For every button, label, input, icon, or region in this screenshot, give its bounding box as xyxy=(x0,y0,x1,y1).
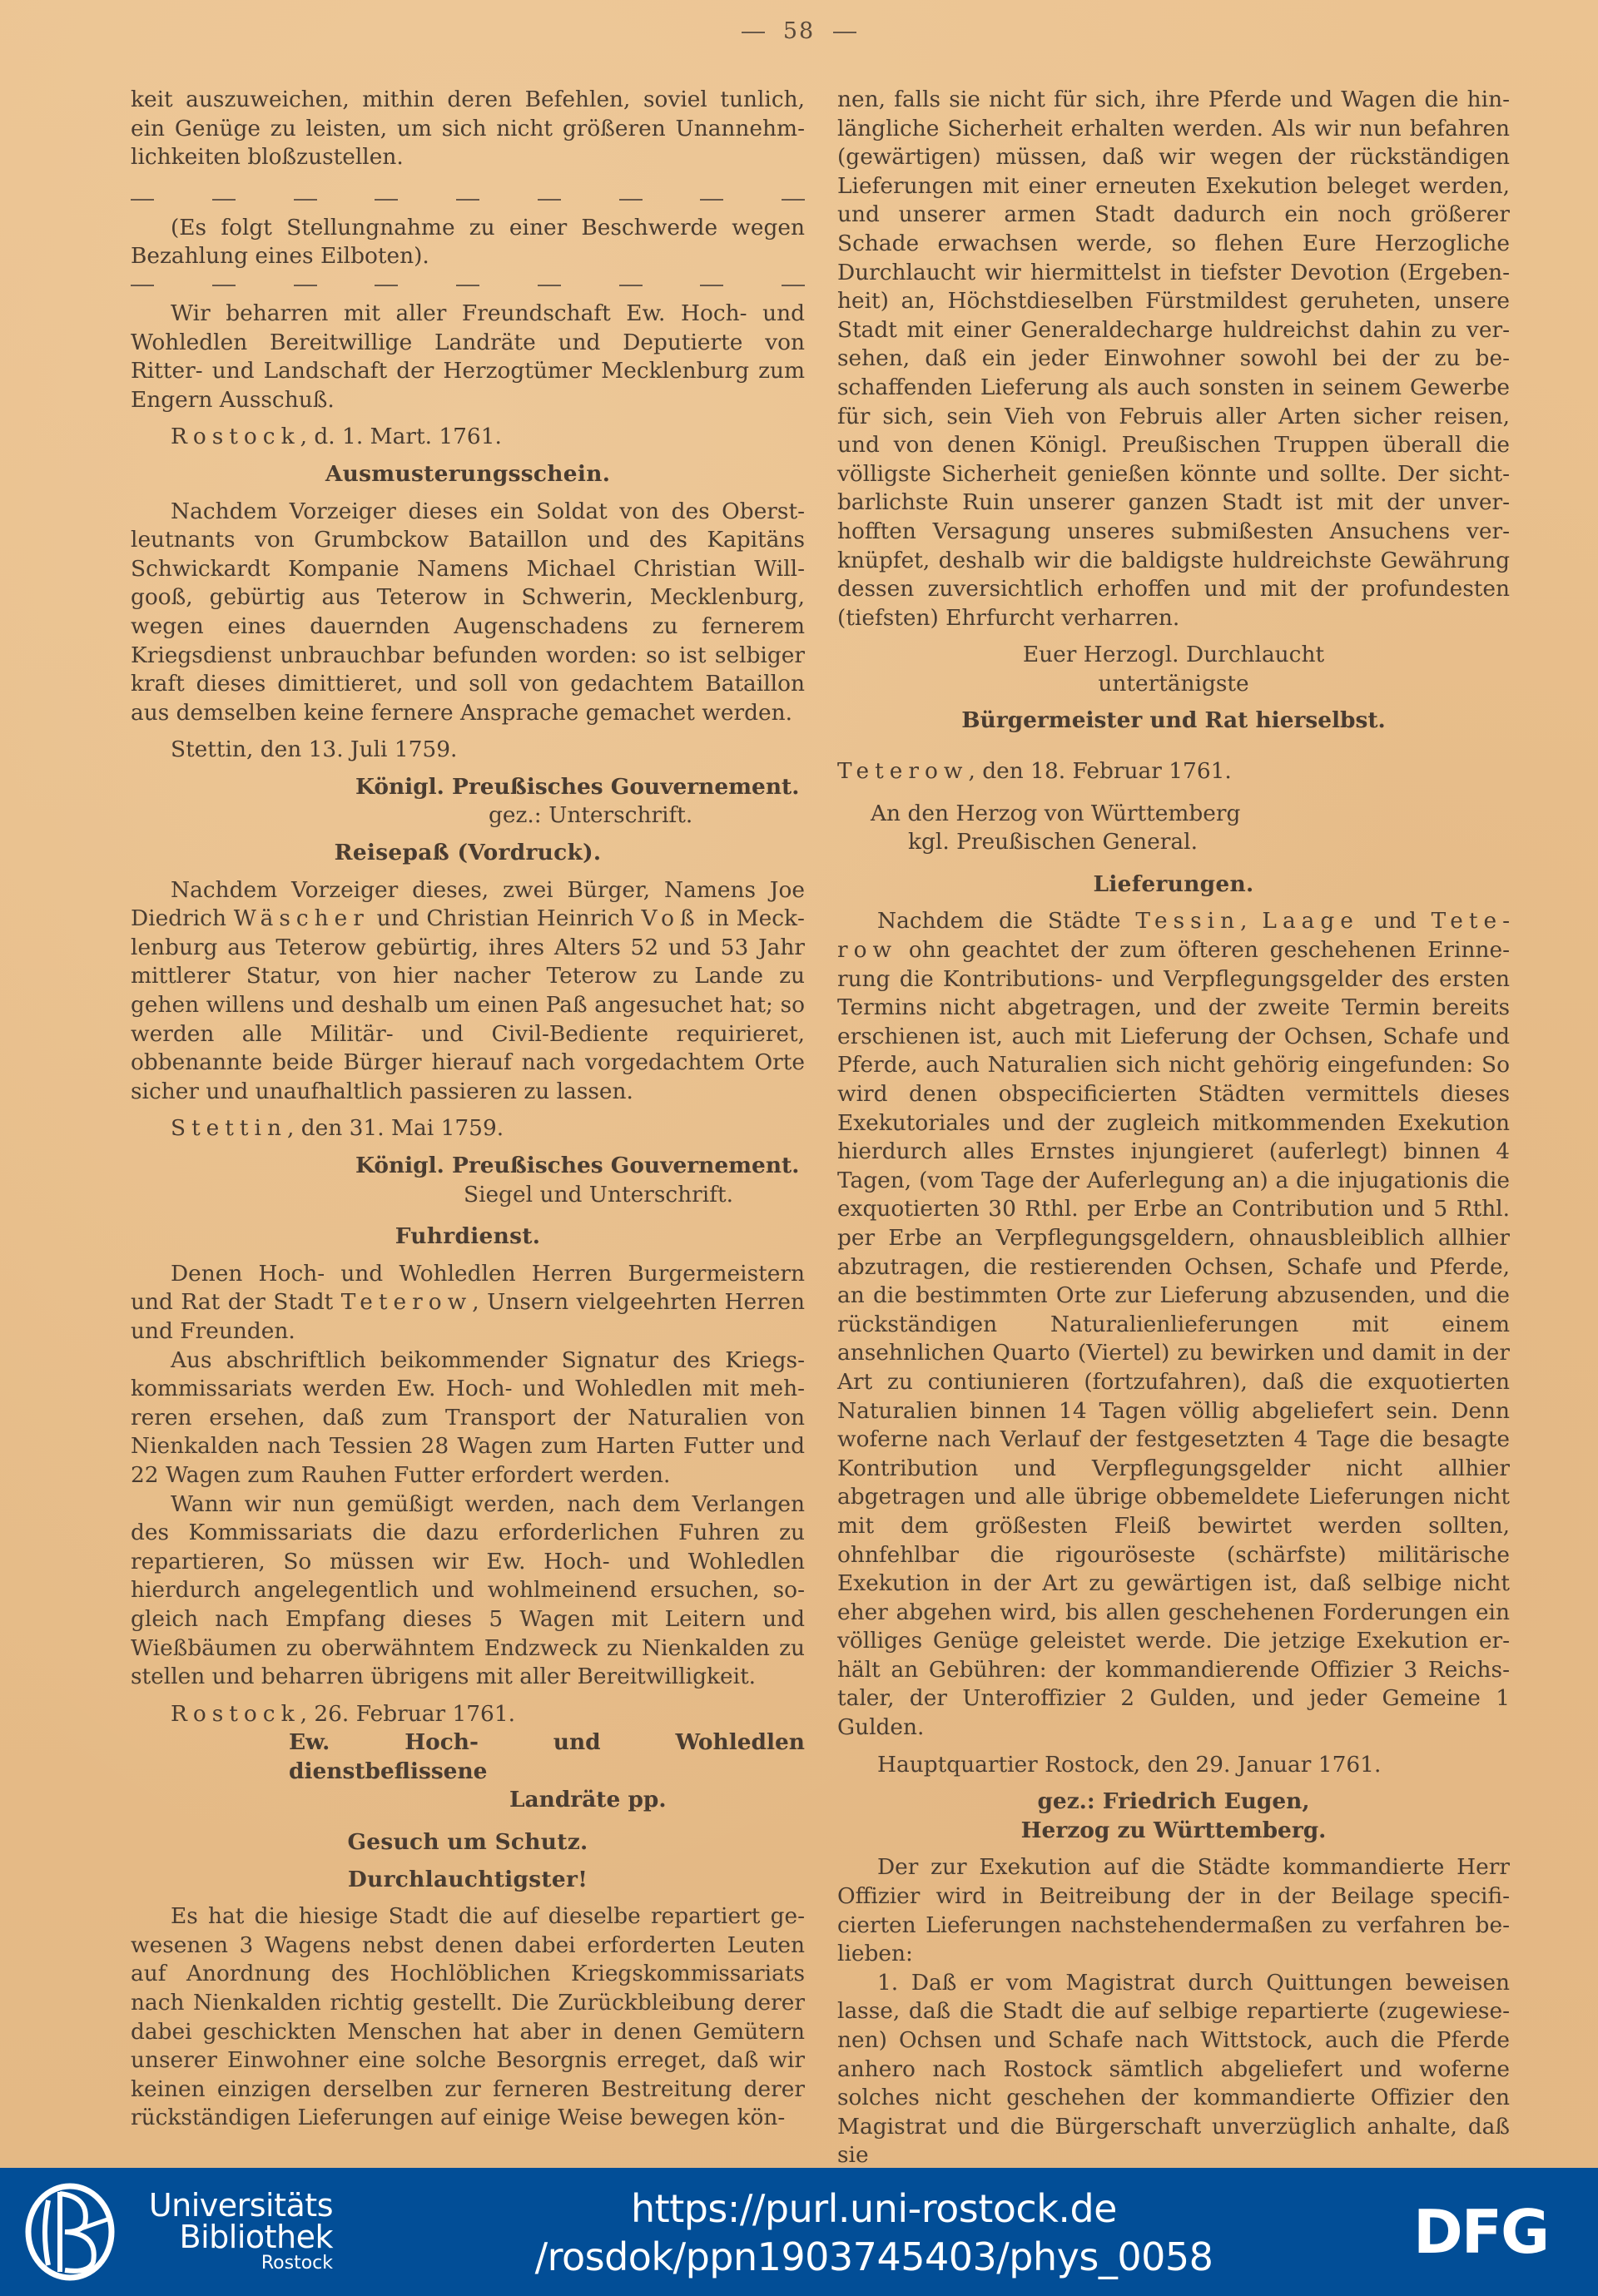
person-name: Voß xyxy=(641,905,700,931)
section-title: Reisepaß (Vordruck). xyxy=(131,839,805,868)
url-line-2: /rosdok/ppn1903745403/phys_0058 xyxy=(499,2233,1248,2281)
salutation: Durchlauchtigster! xyxy=(131,1866,805,1895)
signature-line: gez.: Unterschrift. xyxy=(131,801,805,831)
paragraph: Es hat die hiesige Stadt die auf dieselb… xyxy=(131,1902,805,2133)
paragraph: Nachdem Vorzeiger dieses ein Soldat von … xyxy=(131,498,805,728)
library-name: Universitäts Bibliothek Rostock xyxy=(127,2189,333,2274)
paragraph: Wann wir nun gemüßigt werden, nach dem V… xyxy=(131,1490,805,1692)
signature-line: Königl. Preußisches Gouvernement. xyxy=(131,773,805,802)
signature-line: Herzog zu Württemberg. xyxy=(837,1817,1510,1846)
dateline-date: , d. 1. Mart. 1761. xyxy=(300,424,502,449)
dateline: Rostock, d. 1. Mart. 1761. xyxy=(131,423,805,452)
dfg-logo-icon: DFG xyxy=(1413,2197,1548,2267)
address-line: An den Herzog von Württemberg xyxy=(837,800,1510,829)
dateline: Teterow, den 18. Februar 1761. xyxy=(837,757,1510,786)
signature-line: Ew. Hoch- und Wohledlen dienstbeflissene xyxy=(131,1728,805,1786)
section-title: Ausmusterungsschein. xyxy=(131,460,805,489)
digitization-banner: Universitäts Bibliothek Rostock https://… xyxy=(0,2168,1598,2296)
signature-line: gez.: Friedrich Eugen, xyxy=(837,1788,1510,1817)
section-title: Gesuch um Schutz. xyxy=(131,1828,805,1857)
paragraph: nen, falls sie nicht für sich, ihre Pfer… xyxy=(837,86,1510,632)
closing-line: untertänigste xyxy=(837,670,1510,699)
paragraph: Wir beharren mit aller Freundschaft Ew. … xyxy=(131,300,805,414)
paragraph: Nachdem Vorzeiger dieses, zwei Bürger, N… xyxy=(131,876,805,1107)
paragraph: keit auszuweichen, mithin deren Befehlen… xyxy=(131,86,805,172)
paragraph: Der zur Exekution auf die Städte kommand… xyxy=(837,1853,1510,1968)
dash-left xyxy=(742,32,765,33)
right-column: nen, falls sie nicht für sich, ihre Pfer… xyxy=(837,86,1510,2170)
dateline: Stettin, den 31. Mai 1759. xyxy=(131,1114,805,1143)
page-number-value: 58 xyxy=(783,18,815,44)
paragraph: Denen Hoch- und Wohledlen Herren Burgerm… xyxy=(131,1260,805,1346)
dateline: Hauptquartier Rostock, den 29. Januar 17… xyxy=(837,1751,1510,1780)
town-name: Laage xyxy=(1262,908,1359,934)
section-title: Lieferungen. xyxy=(837,870,1510,900)
signature-line: Landräte pp. xyxy=(131,1786,805,1815)
dateline: Stettin, den 13. Juli 1759. xyxy=(131,736,805,765)
separator-dashes xyxy=(131,271,805,300)
paragraph: 1. Daß er vom Magistrat durch Quittungen… xyxy=(837,1969,1510,2170)
persistent-url-link[interactable]: https://purl.uni-rostock.de /rosdok/ppn1… xyxy=(499,2184,1248,2281)
person-name: Wäscher xyxy=(234,905,370,931)
left-column: keit auszuweichen, mithin deren Befehlen… xyxy=(131,86,805,2133)
closing-line: Euer Herzogl. Durchlaucht xyxy=(837,641,1510,670)
section-title: Fuhrdienst. xyxy=(131,1222,805,1252)
town-name: Teterow xyxy=(341,1289,473,1315)
separator-dashes xyxy=(131,186,805,214)
closing-signatory: Bürgermeister und Rat hierselbst. xyxy=(837,707,1510,736)
page-number: 58 xyxy=(0,18,1598,44)
town-name: Tessin xyxy=(1135,908,1240,934)
signature-line: Königl. Preußisches Gouvernement. xyxy=(131,1152,805,1181)
editorial-note: (Es folgt Stellungnahme zu einer Beschwe… xyxy=(131,214,805,271)
address-line: kgl. Preußischen General. xyxy=(837,828,1510,857)
scanned-page: 58 keit auszuweichen, mithin deren Befeh… xyxy=(0,0,1598,2168)
ub-rostock-logo-icon xyxy=(23,2182,117,2282)
signature-line: Siegel und Unterschrift. xyxy=(131,1181,805,1210)
paragraph: Nachdem die Städte Tessin, Laage und Tet… xyxy=(837,907,1510,1742)
dateline-place: Rostock xyxy=(171,424,300,449)
url-line-1: https://purl.uni-rostock.de xyxy=(499,2184,1248,2233)
dateline: Rostock, 26. Februar 1761. xyxy=(131,1700,805,1729)
dash-right xyxy=(833,32,856,33)
paragraph: Aus abschriftlich beikommender Signatur … xyxy=(131,1346,805,1490)
